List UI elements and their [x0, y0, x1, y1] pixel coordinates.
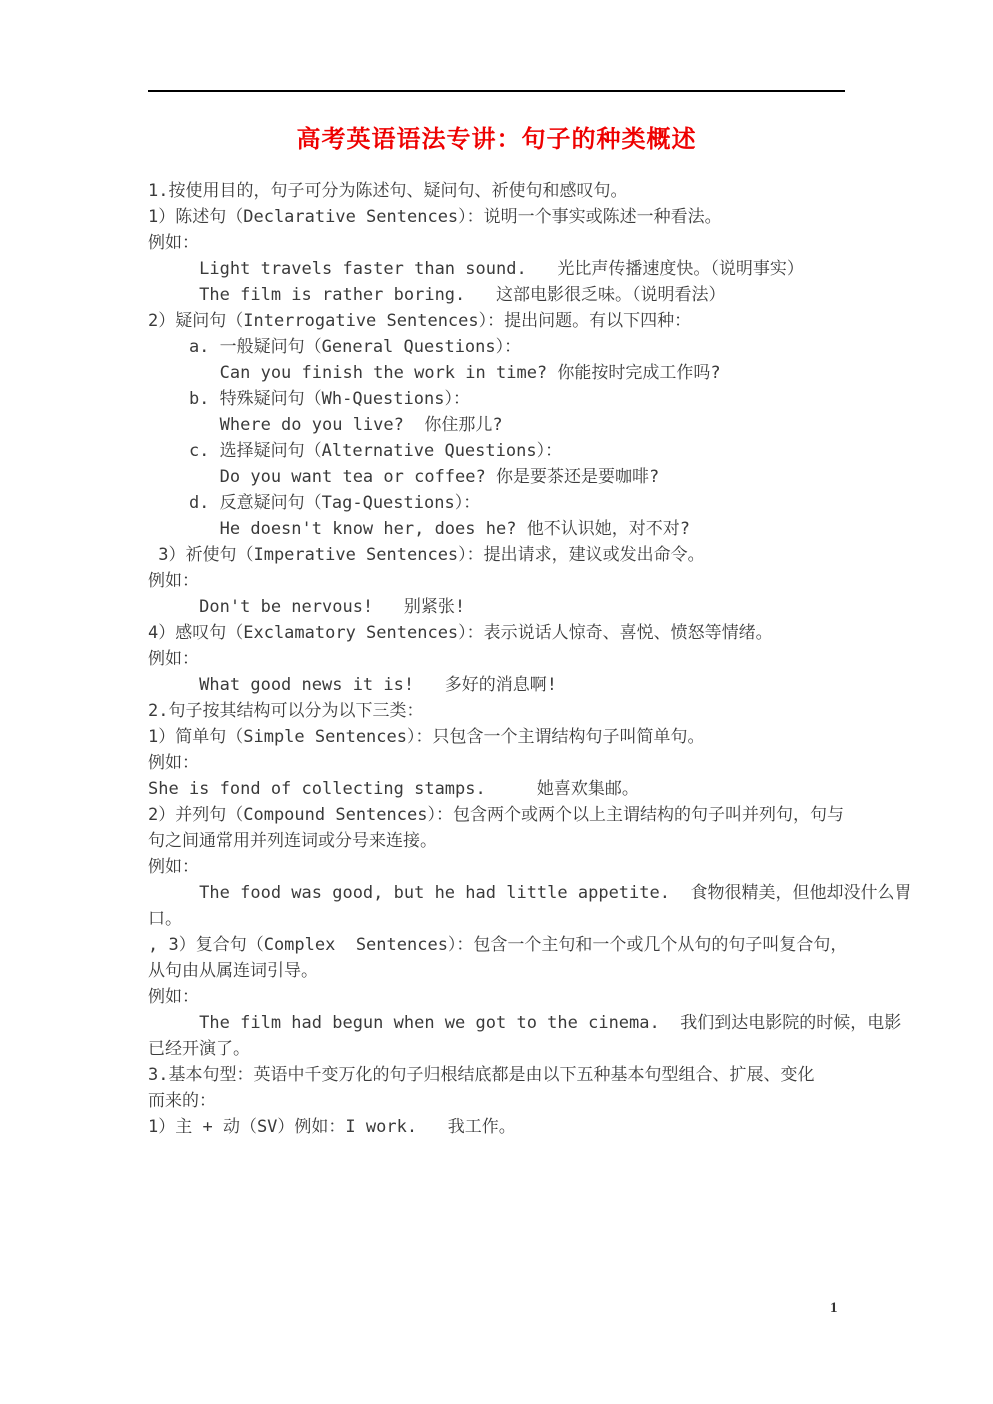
text-line: Can you finish the work in time? 你能按时完成工…	[148, 360, 858, 386]
text-line: 句之间通常用并列连词或分号来连接。	[148, 828, 858, 854]
text-line: , 3）复合句（Complex Sentences）：包含一个主句和一个或几个从…	[148, 932, 858, 958]
text-line: Do you want tea or coffee? 你是要茶还是要咖啡?	[148, 464, 858, 490]
text-line: 口。	[148, 906, 858, 932]
text-line: 2）疑问句（Interrogative Sentences）：提出问题。有以下四…	[148, 308, 858, 334]
text-line: 例如：	[148, 230, 858, 256]
document-page: 高考英语语法专讲：句子的种类概述 1.按使用目的，句子可分为陈述句、疑问句、祈使…	[0, 0, 993, 1404]
document-body: 1.按使用目的，句子可分为陈述句、疑问句、祈使句和感叹句。1）陈述句（Decla…	[148, 178, 858, 1140]
page-title: 高考英语语法专讲：句子的种类概述	[0, 124, 993, 156]
text-line: b. 特殊疑问句（Wh-Questions）：	[148, 386, 858, 412]
text-line: 2）并列句（Compound Sentences）：包含两个或两个以上主谓结构的…	[148, 802, 858, 828]
text-line: The film is rather boring. 这部电影很乏味。（说明看法…	[148, 282, 858, 308]
text-line: Where do you live? 你住那儿?	[148, 412, 858, 438]
text-line: 1）简单句（Simple Sentences）：只包含一个主谓结构句子叫简单句。	[148, 724, 858, 750]
text-line: 而来的：	[148, 1088, 858, 1114]
text-line: Don't be nervous! 别紧张!	[148, 594, 858, 620]
text-line: 例如：	[148, 646, 858, 672]
text-line: What good news it is! 多好的消息啊!	[148, 672, 858, 698]
text-line: The film had begun when we got to the ci…	[148, 1010, 858, 1036]
text-line: a. 一般疑问句（General Questions）：	[148, 334, 858, 360]
text-line: 1.按使用目的，句子可分为陈述句、疑问句、祈使句和感叹句。	[148, 178, 858, 204]
text-line: 例如：	[148, 568, 858, 594]
text-line: 3.基本句型：英语中千变万化的句子归根结底都是由以下五种基本句型组合、扩展、变化	[148, 1062, 858, 1088]
text-line: The food was good, but he had little app…	[148, 880, 858, 906]
text-line: c. 选择疑问句（Alternative Questions）：	[148, 438, 858, 464]
header-rule	[148, 90, 845, 92]
text-line: 2.句子按其结构可以分为以下三类：	[148, 698, 858, 724]
text-line: She is fond of collecting stamps. 她喜欢集邮。	[148, 776, 858, 802]
text-line: 例如：	[148, 854, 858, 880]
text-line: 例如：	[148, 984, 858, 1010]
page-number: 1	[830, 1300, 838, 1317]
text-line: 例如：	[148, 750, 858, 776]
text-line: 3）祈使句（Imperative Sentences）：提出请求，建议或发出命令…	[148, 542, 858, 568]
text-line: 从句由从属连词引导。	[148, 958, 858, 984]
text-line: He doesn't know her, does he? 他不认识她，对不对?	[148, 516, 858, 542]
text-line: d. 反意疑问句（Tag-Questions）：	[148, 490, 858, 516]
text-line: Light travels faster than sound. 光比声传播速度…	[148, 256, 858, 282]
text-line: 已经开演了。	[148, 1036, 858, 1062]
text-line: 4）感叹句（Exclamatory Sentences）：表示说话人惊奇、喜悦、…	[148, 620, 858, 646]
text-line: 1）陈述句（Declarative Sentences）：说明一个事实或陈述一种…	[148, 204, 858, 230]
text-line: 1）主 + 动（SV）例如：I work. 我工作。	[148, 1114, 858, 1140]
